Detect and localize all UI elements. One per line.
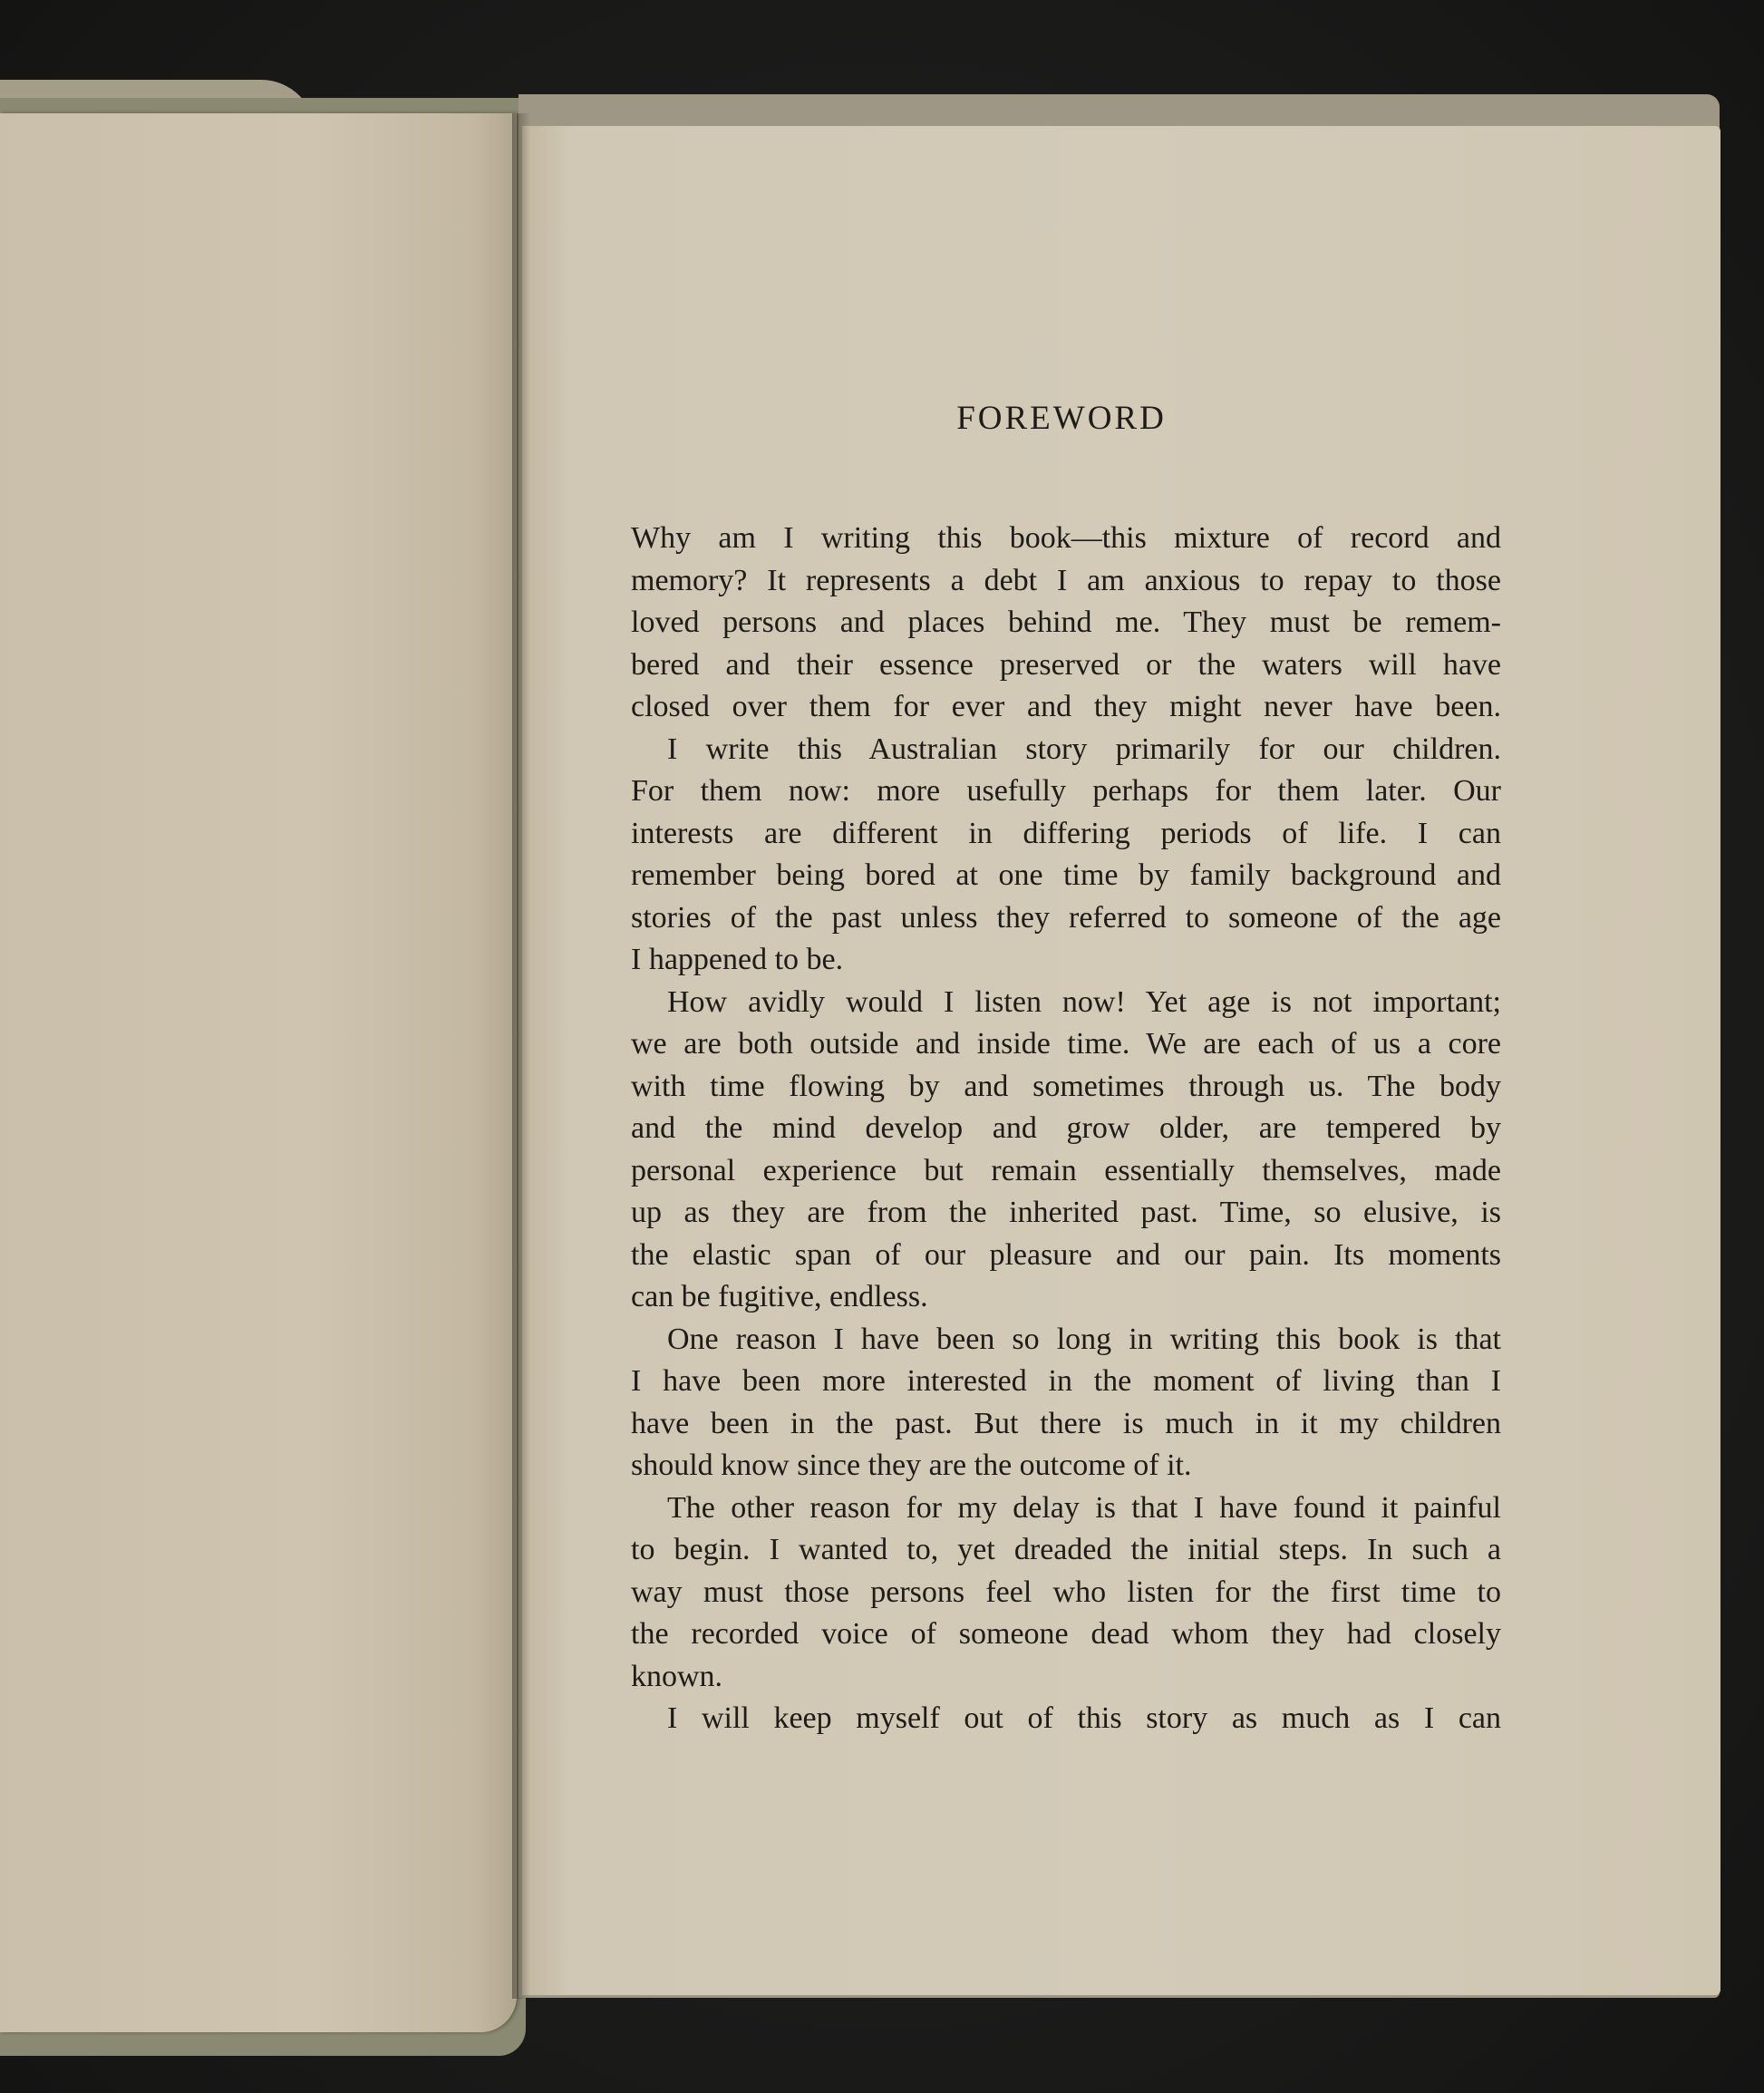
left-blank-page — [0, 113, 517, 2032]
paragraph-1: Why am I writing this book—this mixture … — [631, 518, 1501, 729]
text-line: bered and their essence preserved or the… — [631, 644, 1501, 687]
spine-gutter — [512, 113, 530, 1999]
text-line: loved persons and places behind me. They… — [631, 602, 1501, 644]
text-line: Why am I writing this book—this mixture … — [631, 518, 1501, 560]
text-line: How avidly would I listen now! Yet age i… — [631, 982, 1501, 1024]
text-line: we are both outside and inside time. We … — [631, 1023, 1501, 1066]
text-line: to begin. I wanted to, yet dreaded the i… — [631, 1529, 1501, 1572]
text-line: I happened to be. — [631, 939, 1501, 982]
text-line: I will keep myself out of this story as … — [631, 1698, 1501, 1740]
page-title: FOREWORD — [626, 399, 1497, 438]
text-line: For them now: more usefully perhaps for … — [631, 770, 1501, 813]
text-line: remember being bored at one time by fami… — [631, 855, 1501, 897]
text-line: can be fugitive, endless. — [631, 1276, 1501, 1319]
paragraph-2: I write this Australian story primarily … — [631, 729, 1501, 982]
text-line: have been in the past. But there is much… — [631, 1403, 1501, 1446]
text-line: way must those persons feel who listen f… — [631, 1572, 1501, 1614]
text-line: the recorded voice of someone dead whom … — [631, 1613, 1501, 1656]
text-line: up as they are from the inherited past. … — [631, 1192, 1501, 1235]
text-line: One reason I have been so long in writin… — [631, 1319, 1501, 1361]
text-line: with time flowing by and sometimes throu… — [631, 1066, 1501, 1109]
text-line: I have been more interested in the momen… — [631, 1361, 1501, 1403]
text-line: I write this Australian story primarily … — [631, 729, 1501, 771]
text-line: stories of the past unless they referred… — [631, 897, 1501, 940]
text-line: The other reason for my delay is that I … — [631, 1487, 1501, 1530]
paragraph-6: I will keep myself out of this story as … — [631, 1698, 1501, 1740]
text-line: the elastic span of our pleasure and our… — [631, 1235, 1501, 1277]
paragraph-3: How avidly would I listen now! Yet age i… — [631, 982, 1501, 1319]
text-line: closed over them for ever and they might… — [631, 686, 1501, 729]
paragraph-5: The other reason for my delay is that I … — [631, 1487, 1501, 1699]
text-line: memory? It represents a debt I am anxiou… — [631, 560, 1501, 603]
paragraph-4: One reason I have been so long in writin… — [631, 1319, 1501, 1487]
text-line: should know since they are the outcome o… — [631, 1445, 1501, 1487]
text-line: interests are different in differing per… — [631, 813, 1501, 856]
foreword-text: FOREWORD Why am I writing this book—this… — [631, 399, 1501, 1740]
text-line: personal experience but remain essential… — [631, 1150, 1501, 1193]
text-line: and the mind develop and grow older, are… — [631, 1108, 1501, 1150]
text-line: known. — [631, 1656, 1501, 1699]
